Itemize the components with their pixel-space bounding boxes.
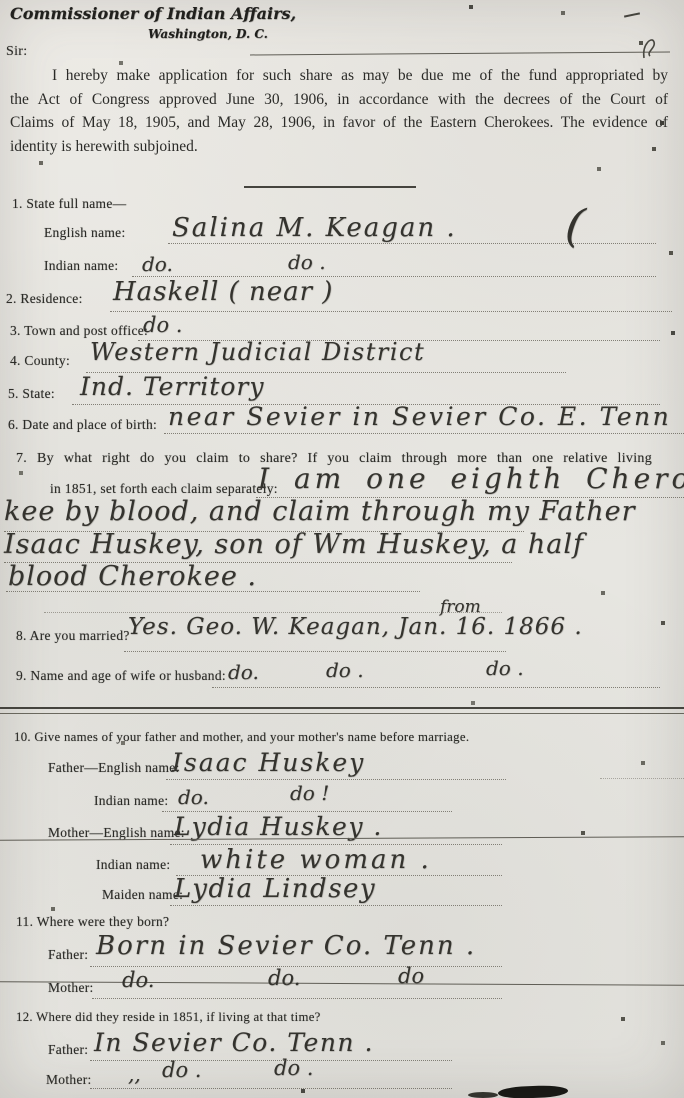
pen-dash-mark bbox=[624, 12, 640, 17]
q4-label: 4. County: bbox=[10, 353, 70, 369]
flourish-mark bbox=[638, 34, 668, 62]
q1-indian-value-b: do . bbox=[288, 250, 326, 274]
q12-mother-value-b: do . bbox=[162, 1058, 201, 1082]
q1-label: 1. State full name— bbox=[12, 196, 126, 212]
intro-line-4: identity is herewith subjoined. bbox=[10, 135, 668, 159]
q9-value-b: do . bbox=[326, 658, 364, 682]
q4-value: Western Judicial District bbox=[90, 338, 425, 366]
stray-pen-mark: ( bbox=[562, 197, 587, 253]
addressee-title: Commissioner of Indian Affairs, bbox=[10, 4, 296, 23]
q1-indian-value-a: do. bbox=[142, 252, 173, 276]
q3-value: do . bbox=[143, 313, 182, 337]
q7-answer-text-3: Isaac Huskey, son of Wm Huskey, a half bbox=[4, 529, 584, 560]
q11-mother-value-a: do. bbox=[122, 968, 154, 992]
scanned-application-form: Commissioner of Indian Affairs, Washingt… bbox=[0, 0, 684, 1098]
scan-line-fragment bbox=[600, 778, 684, 779]
q12-mother-line bbox=[90, 1068, 452, 1089]
q8-label: 8. Are you married? bbox=[16, 628, 130, 644]
q11-mother-value-c: do bbox=[398, 964, 424, 988]
q7-answer-text-4: blood Cherokee . bbox=[8, 561, 257, 592]
q10-mother-indian-value: white woman . bbox=[200, 845, 432, 875]
q10-mother-english-value: Lydia Huskey . bbox=[174, 812, 383, 841]
q10-label: 10. Give names of your father and mother… bbox=[14, 730, 469, 745]
q2-value: Haskell ( near ) bbox=[113, 277, 333, 307]
q10-father-indian-value-a: do. bbox=[178, 785, 209, 809]
ink-smudge bbox=[498, 1085, 568, 1098]
q12-label: 12. Where did they reside in 1851, if li… bbox=[16, 1010, 321, 1025]
ink-smudge-small bbox=[468, 1092, 498, 1098]
q9-value-a: do. bbox=[228, 660, 259, 684]
q10-mother-indian-label: Indian name: bbox=[96, 857, 170, 873]
q1-english-value: Salina M. Keagan . bbox=[172, 213, 457, 243]
q9-label: 9. Name and age of wife or husband: bbox=[16, 668, 226, 684]
q1-indian-label: Indian name: bbox=[44, 258, 118, 274]
q11-father-value: Born in Sevier Co. Tenn . bbox=[96, 931, 476, 961]
q7-answer-text-1: I am one eighth Chero bbox=[258, 462, 684, 495]
salutation-rule bbox=[250, 52, 670, 56]
q12-mother-value-a: ,, bbox=[128, 1062, 141, 1086]
q12-father-value: In Sevier Co. Tenn . bbox=[94, 1028, 374, 1057]
q11-label: 11. Where were they born? bbox=[16, 914, 169, 930]
q2-label: 2. Residence: bbox=[6, 291, 83, 307]
q12-mother-label: Mother: bbox=[46, 1072, 92, 1088]
intro-paragraph: I hereby make application for such share… bbox=[10, 64, 668, 158]
q10-father-indian-value-b: do ! bbox=[290, 781, 329, 805]
q7-label-line2: in 1851, set forth each claim separately… bbox=[50, 481, 278, 497]
q5-value: Ind. Territory bbox=[80, 372, 264, 401]
q1-indian-answer-line bbox=[132, 255, 656, 277]
intro-line-3: Claims of May 18, 1905, and May 28, 1906… bbox=[10, 111, 668, 135]
section-divider-rule bbox=[244, 186, 416, 188]
q12-father-label: Father: bbox=[48, 1042, 88, 1058]
intro-line-1: I hereby make application for such share… bbox=[10, 64, 668, 88]
addressee-place: Washington, D. C. bbox=[148, 27, 268, 41]
q3-label: 3. Town and post office: bbox=[10, 323, 148, 339]
q10-father-indian-label: Indian name: bbox=[94, 793, 168, 809]
salutation: Sir: bbox=[6, 44, 27, 60]
q1-english-label: English name: bbox=[44, 225, 126, 241]
q9-answer-line bbox=[212, 666, 660, 688]
q7-answer-text-2: kee by blood, and claim through my Fathe… bbox=[4, 496, 636, 527]
intro-line-2: the Act of Congress approved June 30, 19… bbox=[10, 88, 668, 112]
q6-label: 6. Date and place of birth: bbox=[8, 417, 157, 433]
q10-father-english-label: Father—English name: bbox=[48, 760, 180, 776]
section-rule-bottom bbox=[0, 713, 684, 714]
q6-value: near Sevier in Sevier Co. E. Tenn bbox=[168, 402, 671, 431]
q12-mother-value-c: do . bbox=[274, 1056, 313, 1080]
section-rule-top bbox=[0, 707, 684, 709]
scan-noise bbox=[0, 0, 2, 2]
q9-value-c: do . bbox=[486, 656, 524, 680]
q11-mother-value-b: do. bbox=[268, 966, 300, 990]
q10-mother-maiden-value: Lydia Lindsey bbox=[174, 874, 376, 904]
q10-father-english-value: Isaac Huskey bbox=[172, 748, 365, 777]
q8-value: Yes. Geo. W. Keagan, Jan. 16. 1866 . bbox=[128, 614, 583, 640]
q11-father-label: Father: bbox=[48, 947, 88, 963]
blank-answer-line bbox=[44, 612, 502, 613]
q5-label: 5. State: bbox=[8, 386, 55, 402]
